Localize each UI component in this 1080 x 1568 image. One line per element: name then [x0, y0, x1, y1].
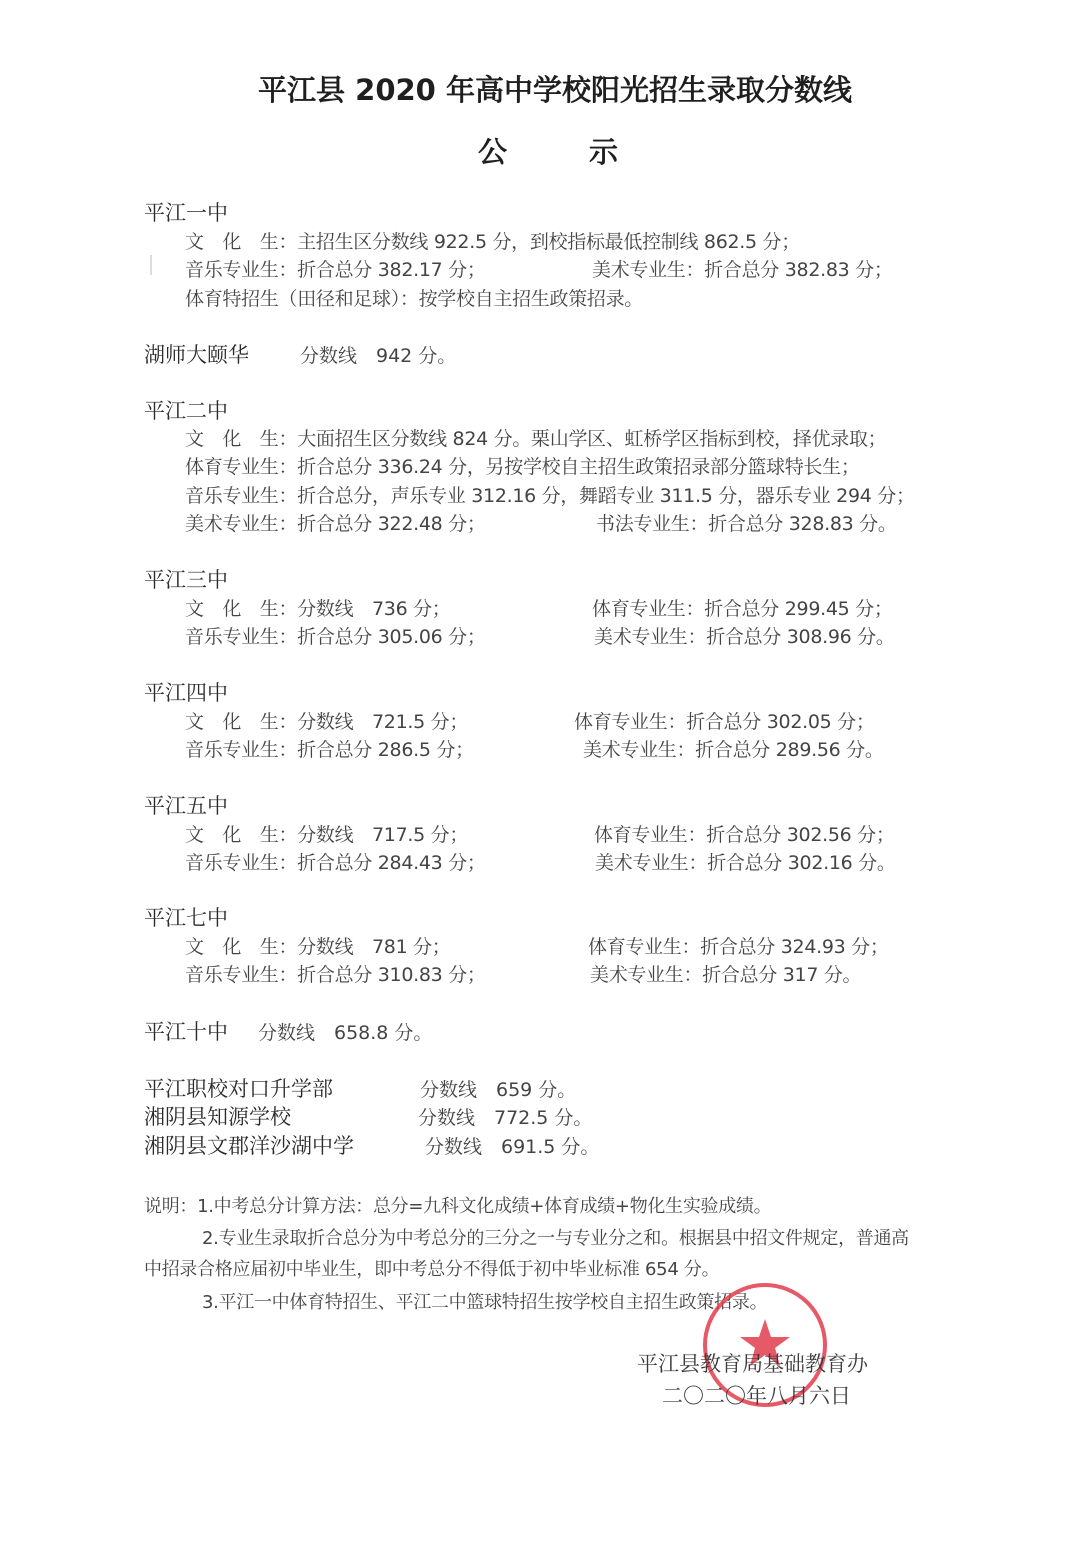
score-line: 美术专业生：折合总分 317 分。: [590, 960, 861, 987]
score-line: 体育专业生：折合总分 302.05 分；: [574, 707, 875, 734]
score-line: 美术专业生：折合总分 289.56 分。: [583, 735, 884, 762]
score-line: 分数线 772.5 分。: [418, 1103, 592, 1130]
school-name: 平江一中: [144, 197, 228, 227]
score-line: 分数线 691.5 分。: [425, 1132, 599, 1159]
subtitle-char: 示: [589, 130, 618, 171]
score-line: 分数线 659 分。: [420, 1075, 576, 1102]
score-line: 音乐专业生：折合总分 286.5 分；: [185, 735, 474, 762]
score-line: 文 化 生：大面招生区分数线 824 分。栗山学区、虹桥学区指标到校，择优录取；: [185, 424, 886, 451]
score-line: 美术专业生：折合总分 382.83 分；: [592, 255, 893, 282]
school-name: 平江五中: [144, 790, 228, 820]
score-line: 音乐专业生：折合总分，声乐专业 312.16 分，舞蹈专业 311.5 分，器乐…: [185, 481, 915, 508]
notes-line: 2.专业生录取折合总分为中考总分的三分之一与专业分之和。根据县中招文件规定，普通…: [202, 1224, 909, 1250]
score-line: 美术专业生：折合总分 308.96 分。: [594, 622, 895, 649]
score-line: 文 化 生：分数线 721.5 分；: [185, 707, 468, 734]
score-line: 音乐专业生：折合总分 284.43 分；: [185, 848, 486, 875]
school-name: 湘阴县知源学校: [144, 1101, 291, 1131]
score-line: 文 化 生：分数线 736 分；: [185, 594, 451, 621]
score-line: 美术专业生：折合总分 302.16 分。: [595, 848, 896, 875]
school-name: 湘阴县文郡洋沙湖中学: [144, 1130, 354, 1160]
score-line: 体育专业生：折合总分 336.24 分，另按学校自主招生政策招录部分篮球特长生；: [185, 452, 860, 479]
score-line: 文 化 生：分数线 717.5 分；: [185, 820, 468, 847]
score-line: 分数线 658.8 分。: [258, 1018, 432, 1045]
school-name: 平江二中: [144, 395, 228, 425]
score-line: 音乐专业生：折合总分 382.17 分；: [185, 255, 486, 282]
score-line: 分数线 942 分。: [300, 341, 456, 368]
document-title: 平江县 2020 年高中学校阳光招生录取分数线: [0, 68, 1080, 109]
notes-line: 说明：1.中考总分计算方法：总分=九科文化成绩+体育成绩+物化生实验成绩。: [144, 1192, 771, 1218]
score-line: 体育特招生（田径和足球）：按学校自主招生政策招录。: [185, 284, 643, 311]
issue-date: 二〇二〇年八月六日: [662, 1380, 851, 1410]
score-line: 音乐专业生：折合总分 310.83 分；: [185, 960, 486, 987]
school-name: 平江十中: [144, 1016, 228, 1046]
score-line: 文 化 生：分数线 781 分；: [185, 932, 451, 959]
school-name: 平江职校对口升学部: [144, 1073, 333, 1103]
score-line: 文 化 生：主招生区分数线 922.5 分，到校指标最低控制线 862.5 分；: [185, 227, 800, 254]
document-subtitle: 公示: [478, 130, 618, 171]
score-line: 体育专业生：折合总分 302.56 分；: [594, 820, 895, 847]
notes-line: 3.平江一中体育特招生、平江二中篮球特招生按学校自主招生政策招录。: [202, 1288, 767, 1314]
score-line: 美术专业生：折合总分 322.48 分；: [185, 509, 486, 536]
document-page: 平江县 2020 年高中学校阳光招生录取分数线 公示 平江一中 文 化 生：主招…: [0, 0, 1080, 1568]
subtitle-char: 公: [478, 130, 507, 171]
score-line: 音乐专业生：折合总分 305.06 分；: [185, 622, 486, 649]
school-name: 平江四中: [144, 677, 228, 707]
school-name: 平江七中: [144, 902, 228, 932]
score-line: 体育专业生：折合总分 324.93 分；: [588, 932, 889, 959]
school-name: 湖师大颐华: [144, 339, 249, 369]
score-line: 书法专业生：折合总分 328.83 分。: [596, 509, 897, 536]
issuer-name: 平江县教育局基础教育办: [637, 1348, 868, 1378]
notes-line: 中招录合格应届初中毕业生，即中考总分不得低于初中毕业标准 654 分。: [144, 1255, 719, 1281]
score-line: 体育专业生：折合总分 299.45 分；: [592, 594, 893, 621]
scan-artifact: [150, 255, 152, 275]
school-name: 平江三中: [144, 564, 228, 594]
